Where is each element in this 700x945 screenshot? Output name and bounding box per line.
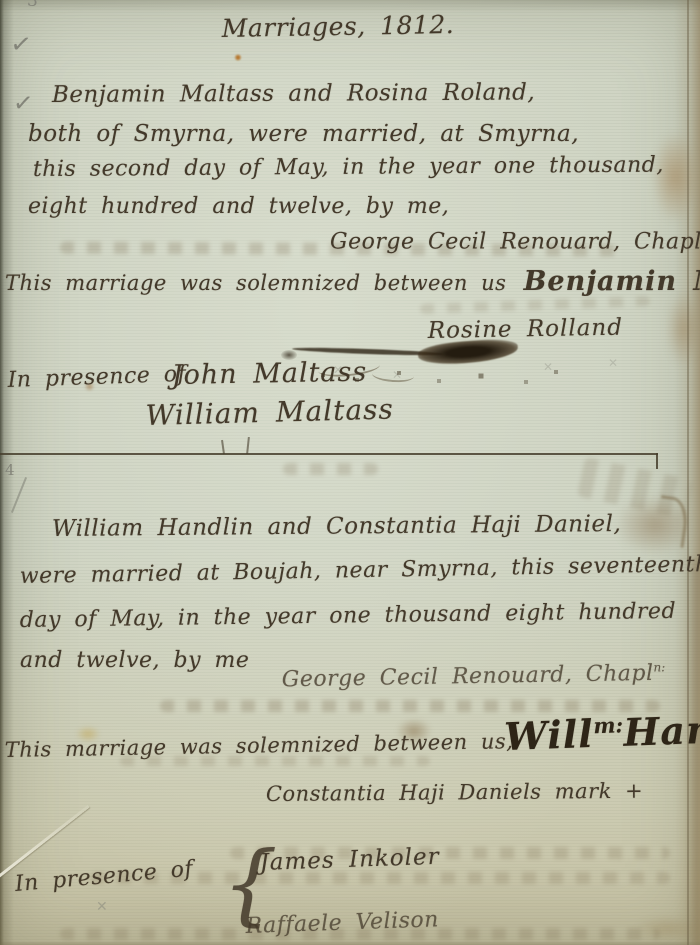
entry-divider-line (0, 453, 658, 455)
entry1-line-2: both of Smyrna, were married, at Smyrna, (28, 123, 579, 146)
entry2-groom-sup: m: (593, 712, 624, 738)
page-edge-bottom-shade (0, 941, 700, 945)
entry2-witness-1: James Inkoler (259, 846, 440, 875)
entry1-bride-signature: Rosine Rolland (428, 317, 624, 343)
scribble-arc-2 (372, 367, 415, 384)
margin-cross-bottom: ✕ (96, 900, 108, 914)
divider-stroke-1 (221, 440, 225, 454)
entry1-line-3: this second day of May, in the year one … (33, 155, 664, 181)
entry1-witness-1: John Maltass (172, 359, 368, 389)
entry2-line-2: were married at Boujah, near Smyrna, thi… (20, 554, 700, 588)
margin-check-entry1: ✓ (12, 90, 35, 116)
entry1-attestation-line: This marriage was solemnized between us … (5, 268, 700, 295)
entry1-line-1: Benjamin Maltass and Rosina Roland, (52, 81, 535, 107)
bleedthrough-band-2 (420, 296, 650, 314)
margin-slash-entry2 (11, 477, 27, 513)
page-edge-line-right (687, 0, 689, 945)
entry-number-4: 4 (5, 463, 15, 478)
entry1-witness-2: William Maltass (145, 396, 394, 430)
bleedthrough-band-3 (283, 463, 378, 475)
entry2-groom-signature: Willm:Handlin (504, 708, 700, 756)
entry1-officiant-name: George Cecil Renouard, Chapl (330, 229, 700, 254)
entry2-groom-post: Handlin (623, 704, 700, 755)
entry2-officiant-signature: George Cecil Renouard, Chapln: (282, 661, 666, 691)
entry2-line-1: William Handlin and Constantia Haji Dani… (52, 513, 622, 541)
entry1-line-4: eight hundred and twelve, by me, (28, 196, 449, 218)
entry2-groom-pre: Will (504, 711, 595, 759)
divider-stroke-2 (246, 437, 250, 454)
entry2-line-3: day of May, in the year one thousand eig… (20, 601, 677, 632)
manuscript-page: 3 ✓ ✓ 4 ✕ ✕ ✕ ✕ ✕ Marriages, 1812. Benja… (0, 0, 700, 945)
entry1-attestation-text: This marriage was solemnized between us (5, 271, 506, 295)
entry2-witness-intro: In presence of (14, 859, 194, 896)
entry2-officiant-name: George Cecil Renouard, Chapl (282, 661, 654, 692)
entry2-officiant-suffix: n: (653, 660, 665, 674)
entry-divider-tick (656, 453, 658, 469)
stain-small-dot (234, 54, 242, 61)
entry-number-3: 3 (27, 0, 38, 10)
entry2-bride-mark: Constantia Haji Daniels mark + (266, 781, 643, 805)
margin-check-top: ✓ (9, 30, 34, 58)
entry1-officiant-signature: George Cecil Renouard, Chapln: (330, 230, 700, 253)
scribble-cross-4: ✕ (608, 357, 619, 369)
page-title: Marriages, 1812. (222, 12, 455, 41)
scribble-cross-3: ✕ (543, 361, 554, 373)
entry1-groom-signature: Benjamin Maltass (524, 266, 700, 297)
entry1-witness-intro: In presence of (7, 364, 186, 392)
entry2-line-4: and twelve, by me (20, 650, 249, 672)
stain-right-edge-mid (666, 292, 700, 366)
